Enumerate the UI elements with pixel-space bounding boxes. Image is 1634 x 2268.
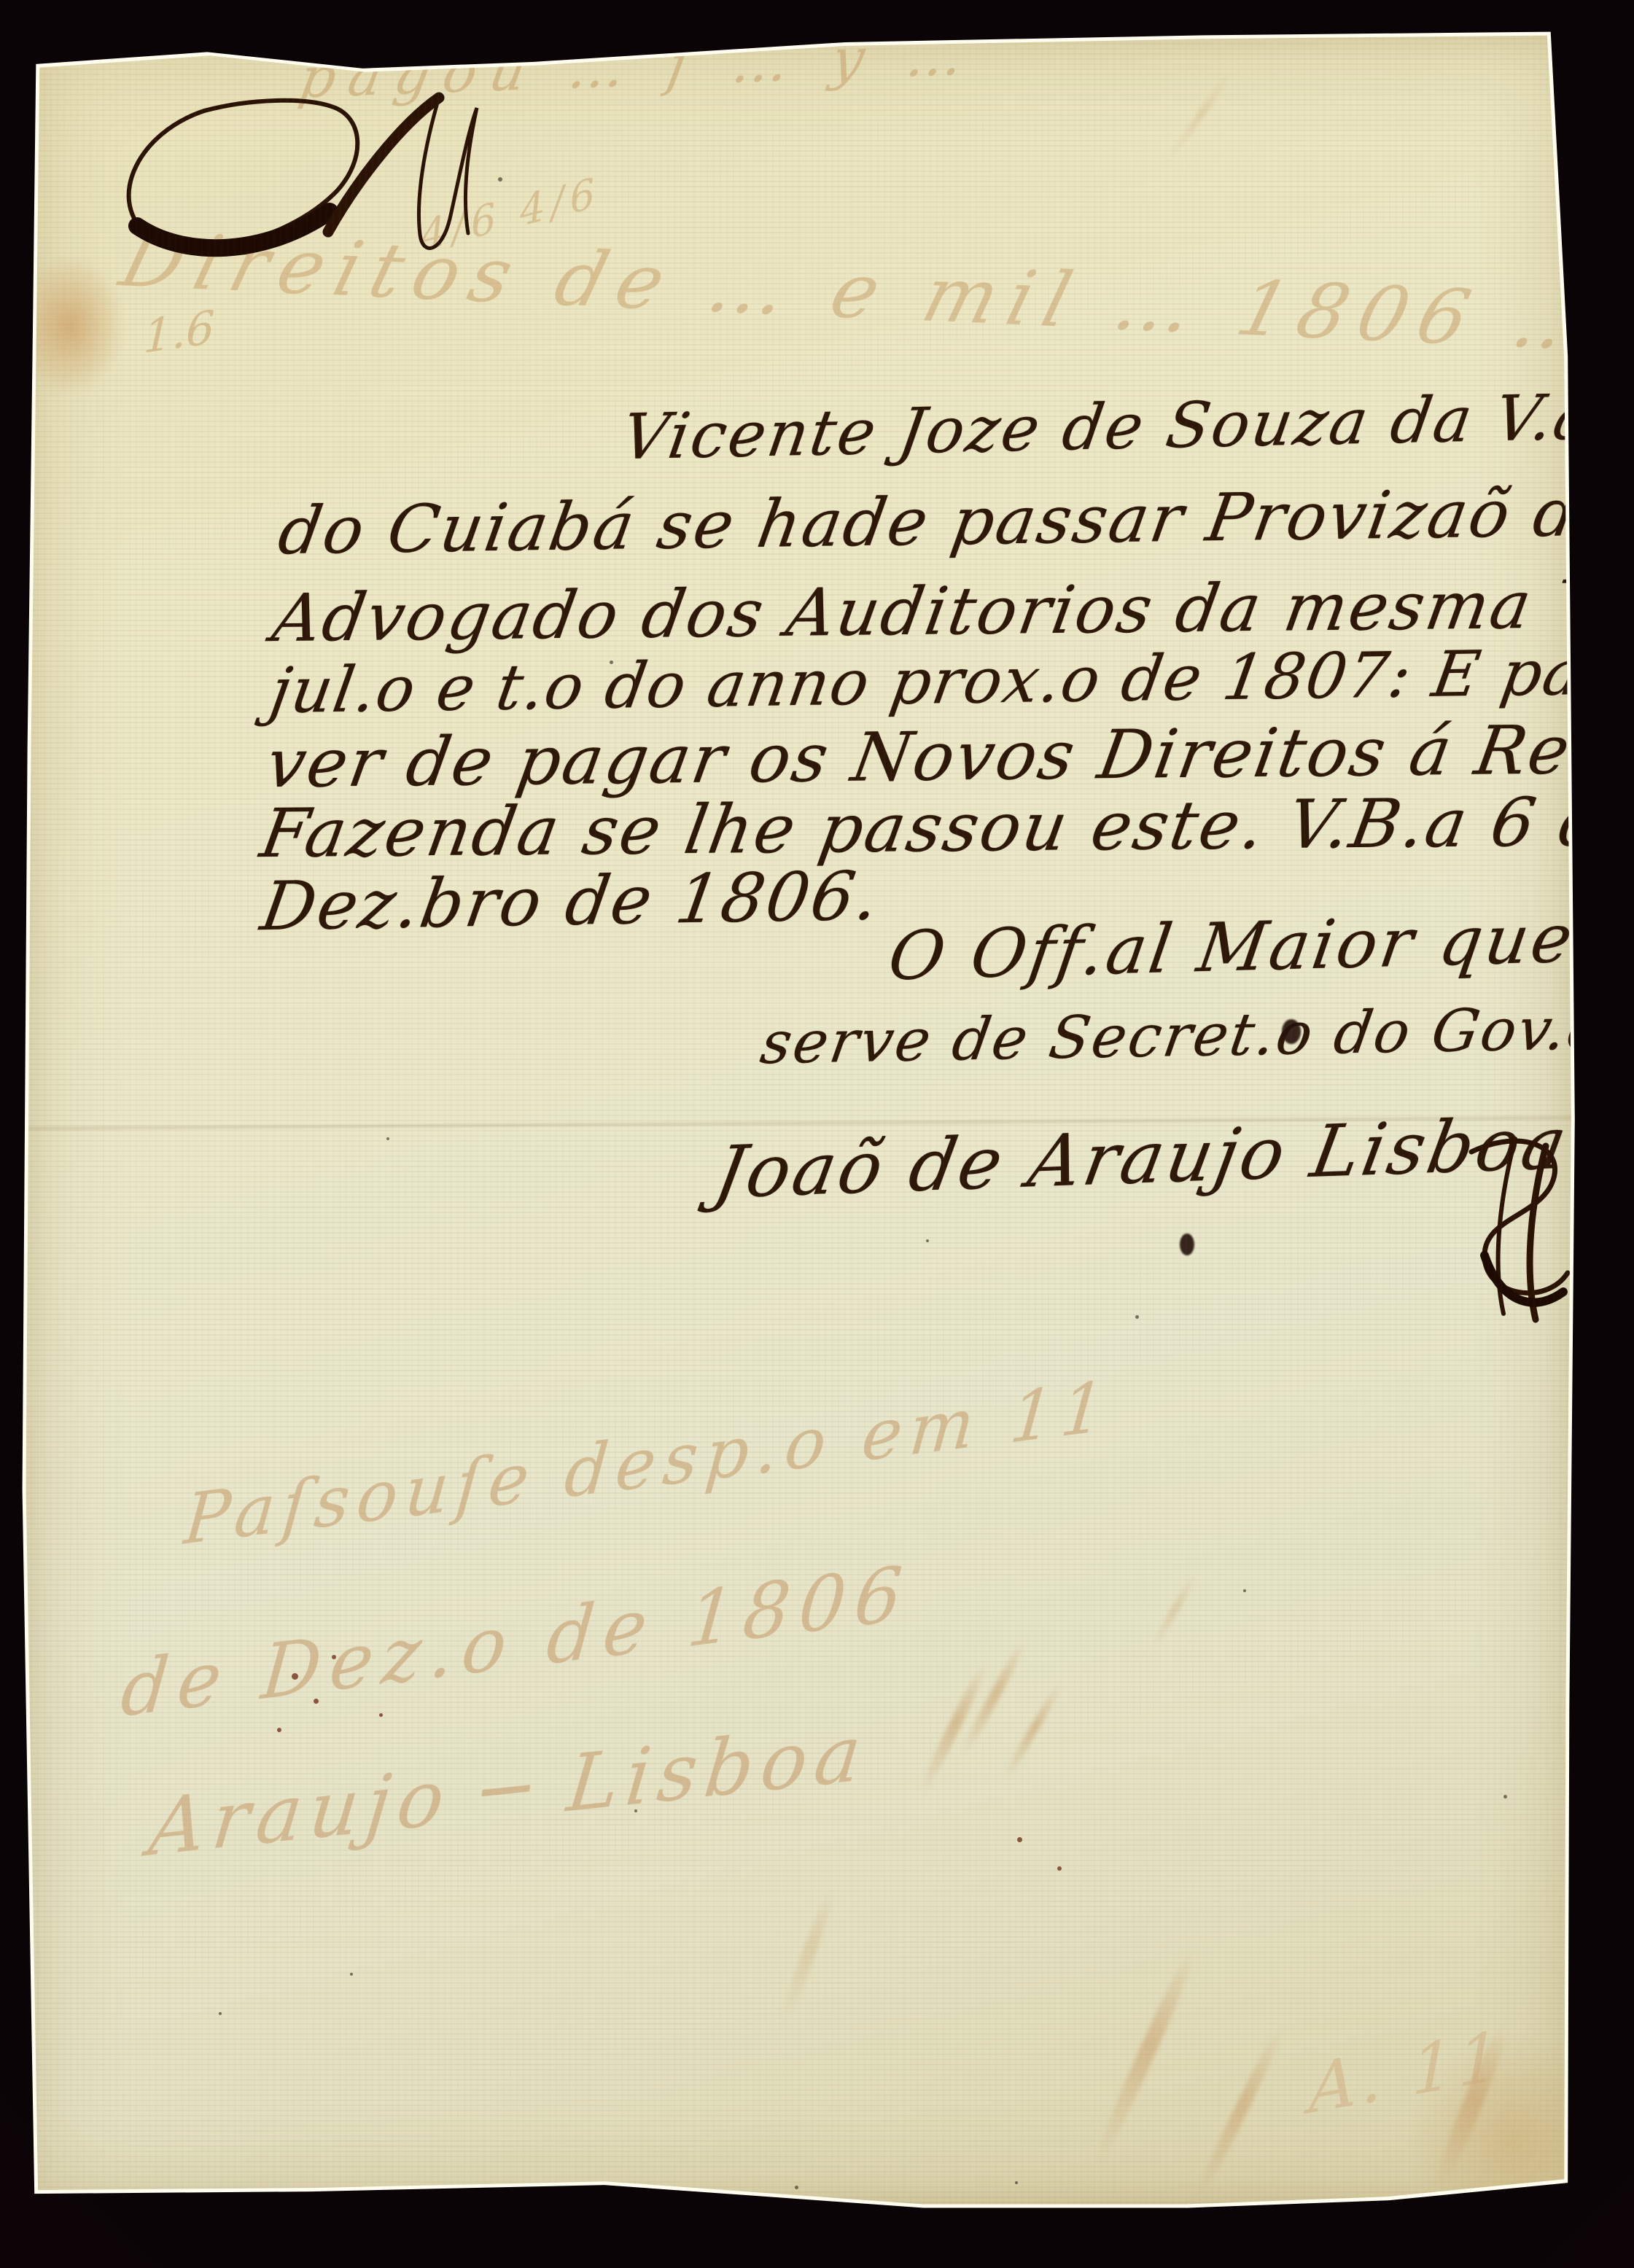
- paper-speck: [795, 2186, 798, 2189]
- paper-speck: [1503, 1795, 1507, 1799]
- paper-speck: [1243, 1589, 1246, 1592]
- paper-speck: [1135, 1315, 1139, 1319]
- ink-fleck: [379, 1713, 383, 1717]
- ink-fleck: [332, 1655, 336, 1659]
- page-content: pagou … ſ … y … Direitos de … e mil … 18…: [0, 0, 1634, 2268]
- ink-fleck: [314, 1699, 319, 1704]
- body-line-2: do Cuiabá se hade passar Provizaõ de: [273, 474, 1626, 569]
- paper-speck: [219, 2012, 222, 2015]
- paper-speck: [350, 1973, 353, 1976]
- stain-streak: [1001, 1682, 1063, 1781]
- ink-fleck: [277, 1728, 281, 1732]
- body-line-7: Dez.bro de 1806.: [256, 857, 886, 946]
- ink-fleck: [1057, 1866, 1062, 1871]
- paper-speck: [610, 660, 613, 664]
- faded-annotation-left-mark: 1.6: [142, 300, 215, 364]
- paper-speck: [926, 1239, 929, 1242]
- faded-annotation-bottom-3: Araujo ─ Lisboa: [145, 1707, 873, 1874]
- stain-streak: [1091, 1946, 1200, 2165]
- closing-line-2: serve de Secret.o do Gov.o: [756, 994, 1610, 1077]
- stain-streak: [1165, 70, 1234, 164]
- closing-line-1: O Off.al Maior que: [884, 899, 1580, 995]
- ink-blot: [1282, 1019, 1301, 1044]
- faded-annotation-bottom-2: de Dez.o de 1806: [117, 1549, 914, 1734]
- manuscript-page: pagou … ſ … y … Direitos de … e mil … 18…: [24, 33, 1573, 2205]
- stain-streak: [1191, 2026, 1286, 2202]
- photograph-background: pagou … ſ … y … Direitos de … e mil … 18…: [0, 0, 1634, 2268]
- paper-speck: [634, 1809, 637, 1812]
- body-line-6: Fazenda se lhe passou este. V.B.a 6 de: [255, 782, 1634, 873]
- ink-fleck: [1017, 1837, 1022, 1842]
- body-line-1: Vicente Joze de Souza da V.a: [617, 381, 1599, 474]
- stain-streak: [777, 1883, 839, 2025]
- flourished-initial-letter: [95, 89, 503, 264]
- paper-speck: [1015, 2181, 1018, 2184]
- paper-edge-rim: pagou … ſ … y … Direitos de … e mil … 18…: [20, 29, 1577, 2209]
- paper-speck: [386, 1137, 389, 1140]
- stain-streak: [1149, 1572, 1199, 1651]
- paper-speck: [498, 177, 502, 182]
- signature-rubric-flourish: [1442, 1123, 1588, 1341]
- stain: [15, 257, 124, 395]
- ink-fleck: [292, 1673, 298, 1680]
- faded-annotation-bottom-1: Paſsouſe desp.o em 11: [181, 1366, 1115, 1561]
- ink-blot: [1180, 1234, 1194, 1255]
